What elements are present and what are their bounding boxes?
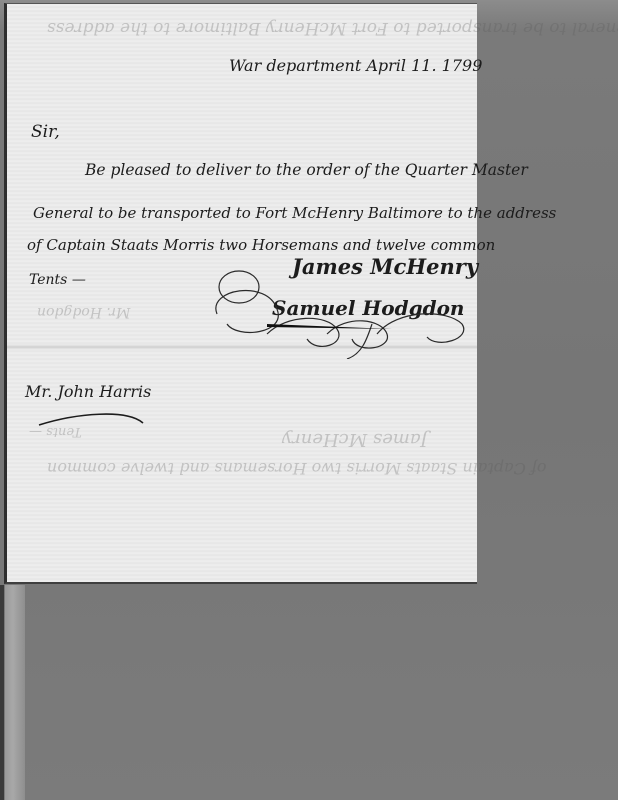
salutation: Sir, (31, 122, 60, 142)
body-line-3: of Captain Staats Morris two Horsemans a… (27, 236, 495, 254)
scanner-edge-light (5, 585, 25, 800)
addressee: Mr. John Harris (25, 382, 151, 401)
dateline: War department April 11. 1799 (229, 56, 482, 75)
bleed-through-lower-line: of Captain Staats Morris two Horsemans a… (47, 459, 546, 478)
bleed-through-top-line: General to be transported to Fort McHenr… (47, 18, 618, 38)
body-line-2: General to be transported to Fort McHenr… (33, 204, 556, 222)
body-line-4: Tents — (29, 272, 86, 288)
addressee-underline-flourish (37, 409, 147, 429)
bleed-through-signature: James McHenry (282, 429, 428, 450)
bleed-through-margin-note: Mr. Hodgdon (37, 304, 130, 320)
body-line-1: Be pleased to deliver to the order of th… (85, 161, 528, 179)
letter-paper: General to be transported to Fort McHenr… (4, 3, 477, 584)
scanner-edge (0, 585, 4, 800)
signature-flourish (207, 269, 477, 359)
